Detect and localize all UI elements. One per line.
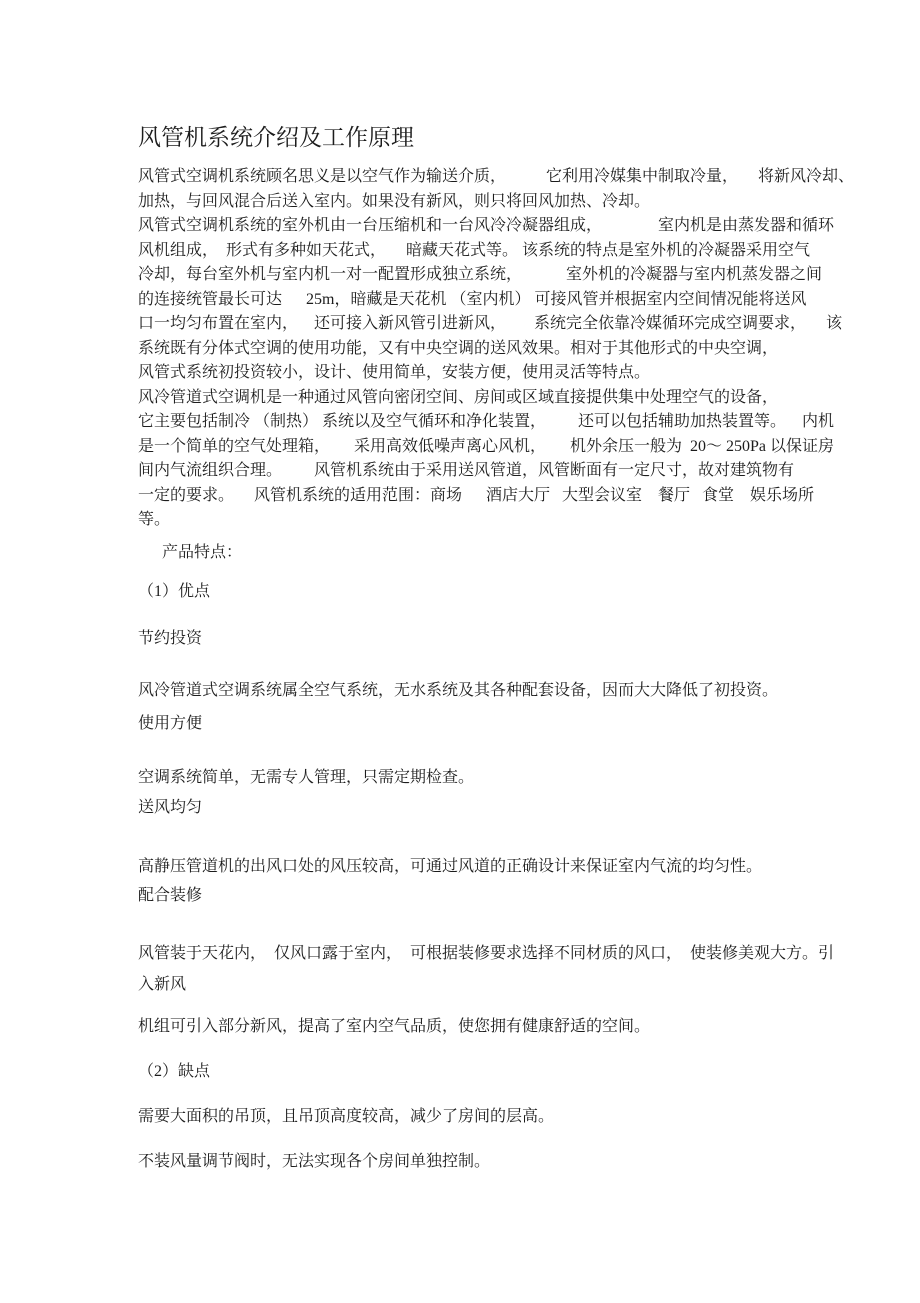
disadvantage-item-ceiling-height: 需要大面积的吊顶，且吊顶高度较高，减少了房间的层高。 — [138, 1105, 820, 1130]
advantage-title-save-investment: 节约投资 — [138, 627, 820, 652]
advantage-title-uniform-air-supply: 送风均匀 — [138, 796, 820, 821]
disadvantage-item-no-individual-control: 不装风量调节阀时，无法实现各个房间单独控制。 — [138, 1150, 820, 1175]
advantage-title-fresh-air-wrapped: 入新风 — [138, 969, 820, 1000]
intro-line: 是一个简单的空气处理箱， 采用高效低噪声离心风机， 机外余压一般为 20～ 25… — [138, 435, 820, 460]
intro-line: 风管式系统初投资较小，设计、使用简单，安装方便，使用灵活等特点。 — [138, 361, 820, 386]
intro-line: 加热，与回风混合后送入室内。如果没有新风，则只将回风加热、冷却。 — [138, 190, 820, 215]
advantages-heading: （1）优点 — [138, 580, 820, 605]
advantage-title-fit-decoration: 配合装修 — [138, 884, 820, 909]
advantage-desc-uniform-air-supply: 高静压管道机的出风口处的风压较高，可通过风道的正确设计来保证室内气流的均匀性。 — [138, 855, 820, 880]
intro-line: 冷却，每台室外机与室内机一对一配置形成独立系统， 室外机的冷凝器与室内机蒸发器之… — [138, 263, 820, 288]
advantage-title-easy-to-use: 使用方便 — [138, 712, 820, 737]
advantage-desc-fit-decoration-line1: 风管装于天花内， 仅风口露于室内， 可根据装修要求选择不同材质的风口， 使装修美… — [138, 938, 820, 969]
intro-line: 的连接统管最长可达 25m，暗藏是天花机 （室内机） 可接风管并根据室内空间情况… — [138, 288, 820, 313]
document-title: 风管机系统介绍及工作原理 — [138, 123, 820, 153]
intro-line: 等。 — [138, 508, 820, 533]
intro-line: 一定的要求。 风管机系统的适用范围：商场 酒店大厅 大型会议室 餐厅 食堂 娱乐… — [138, 484, 820, 509]
features-heading: 产品特点： — [138, 541, 820, 566]
intro-line: 风管式空调机系统顾名思义是以空气作为输送介质， 它利用冷媒集中制取冷量， 将新风… — [138, 165, 820, 190]
document-content: 风管机系统介绍及工作原理 风管式空调机系统顾名思义是以空气作为输送介质， 它利用… — [0, 0, 920, 1174]
advantage-desc-fresh-air: 机组可引入部分新风，提高了室内空气品质，使您拥有健康舒适的空间。 — [138, 1015, 820, 1040]
advantage-desc-fit-decoration: 风管装于天花内， 仅风口露于室内， 可根据装修要求选择不同材质的风口， 使装修美… — [138, 938, 820, 1000]
intro-line: 风冷管道式空调机是一种通过风管向密闭空间、房间或区域直接提供集中处理空气的设备， — [138, 386, 820, 411]
intro-line: 它主要包括制冷 （制热） 系统以及空气循环和净化装置， 还可以包括辅助加热装置等… — [138, 410, 820, 435]
intro-line: 系统既有分体式空调的使用功能，又有中央空调的送风效果。相对于其他形式的中央空调， — [138, 337, 820, 362]
intro-line: 口一均匀布置在室内， 还可接入新风管引进新风， 系统完全依靠冷媒循环完成空调要求… — [138, 312, 820, 337]
intro-paragraph: 风管式空调机系统顾名思义是以空气作为输送介质， 它利用冷媒集中制取冷量， 将新风… — [138, 165, 820, 533]
advantage-desc-save-investment: 风冷管道式空调系统属全空气系统，无水系统及其各种配套设备，因而大大降低了初投资。 — [138, 679, 820, 704]
advantage-desc-easy-to-use: 空调系统简单，无需专人管理，只需定期检查。 — [138, 766, 820, 791]
disadvantages-heading: （2）缺点 — [138, 1060, 820, 1085]
intro-line: 风机组成， 形式有多种如天花式， 暗藏天花式等。 该系统的特点是室外机的冷凝器采… — [138, 239, 820, 264]
intro-line: 风管式空调机系统的室外机由一台压缩机和一台风冷冷凝器组成， 室内机是由蒸发器和循… — [138, 214, 820, 239]
intro-line: 间内气流组织合理。 风管机系统由于采用送风管道，风管断面有一定尺寸，故对建筑物有 — [138, 459, 820, 484]
document-page: 风管机系统介绍及工作原理 风管式空调机系统顾名思义是以空气作为输送介质， 它利用… — [0, 0, 920, 1303]
